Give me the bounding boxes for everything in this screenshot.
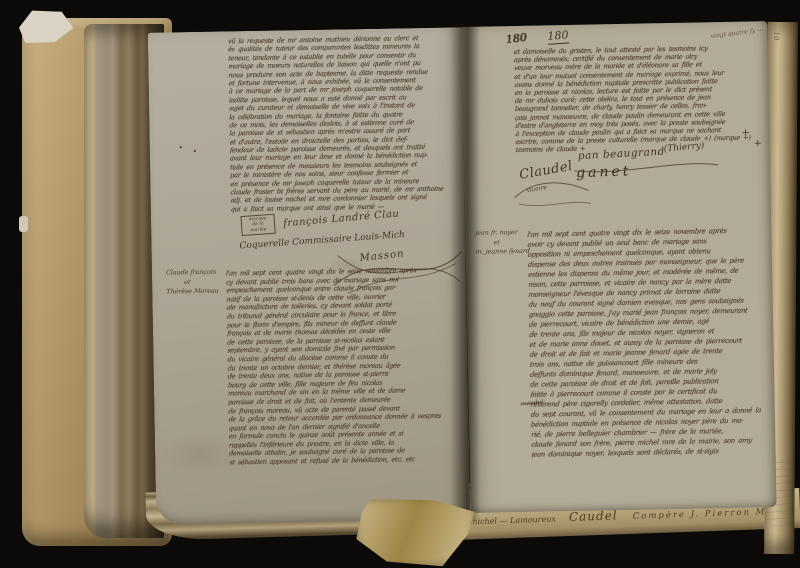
witness-cross-mark: +: [741, 127, 750, 138]
cover-edge-nick: [19, 216, 28, 232]
ink-speck: [194, 150, 196, 152]
left-page: vû la requeste de mr antoine mathieu dér…: [148, 27, 471, 524]
corner-annotation: vingt quatre fy —: [710, 26, 763, 39]
signature-paraph: [510, 176, 595, 208]
right-record-2: l'an mil sept cent quatre vingt dix le s…: [527, 225, 771, 460]
signature: françois Landré Clau: [283, 208, 400, 229]
signature: (Thierry): [663, 141, 704, 155]
left-record-2: l'an mil sept cent quatre vingt dix le s…: [226, 265, 467, 467]
ink-speck: [180, 146, 182, 148]
photograph-of-register: marchandes marguerite charlotte chenot s…: [0, 0, 800, 568]
bride-mark-box: marque de la mariée: [240, 214, 275, 237]
torn-paper-corner: [17, 6, 75, 46]
right-page: 180 180 vingt quatre fy — et damoiselle …: [461, 21, 776, 513]
left-record-1: vû la requeste de mr antoine mathieu dér…: [228, 33, 467, 213]
mark-box-text: mariée: [242, 227, 274, 235]
fore-edge-pencil-number: 10: [772, 31, 780, 40]
page-number-repeat: 180: [547, 28, 569, 44]
witness-cross-mark: +: [754, 138, 763, 149]
page-number: 180: [505, 31, 527, 46]
signature-underline: [572, 156, 722, 175]
right-signature-block: pan beaugrand (Thierry) + + Claudel vica…: [463, 125, 771, 223]
